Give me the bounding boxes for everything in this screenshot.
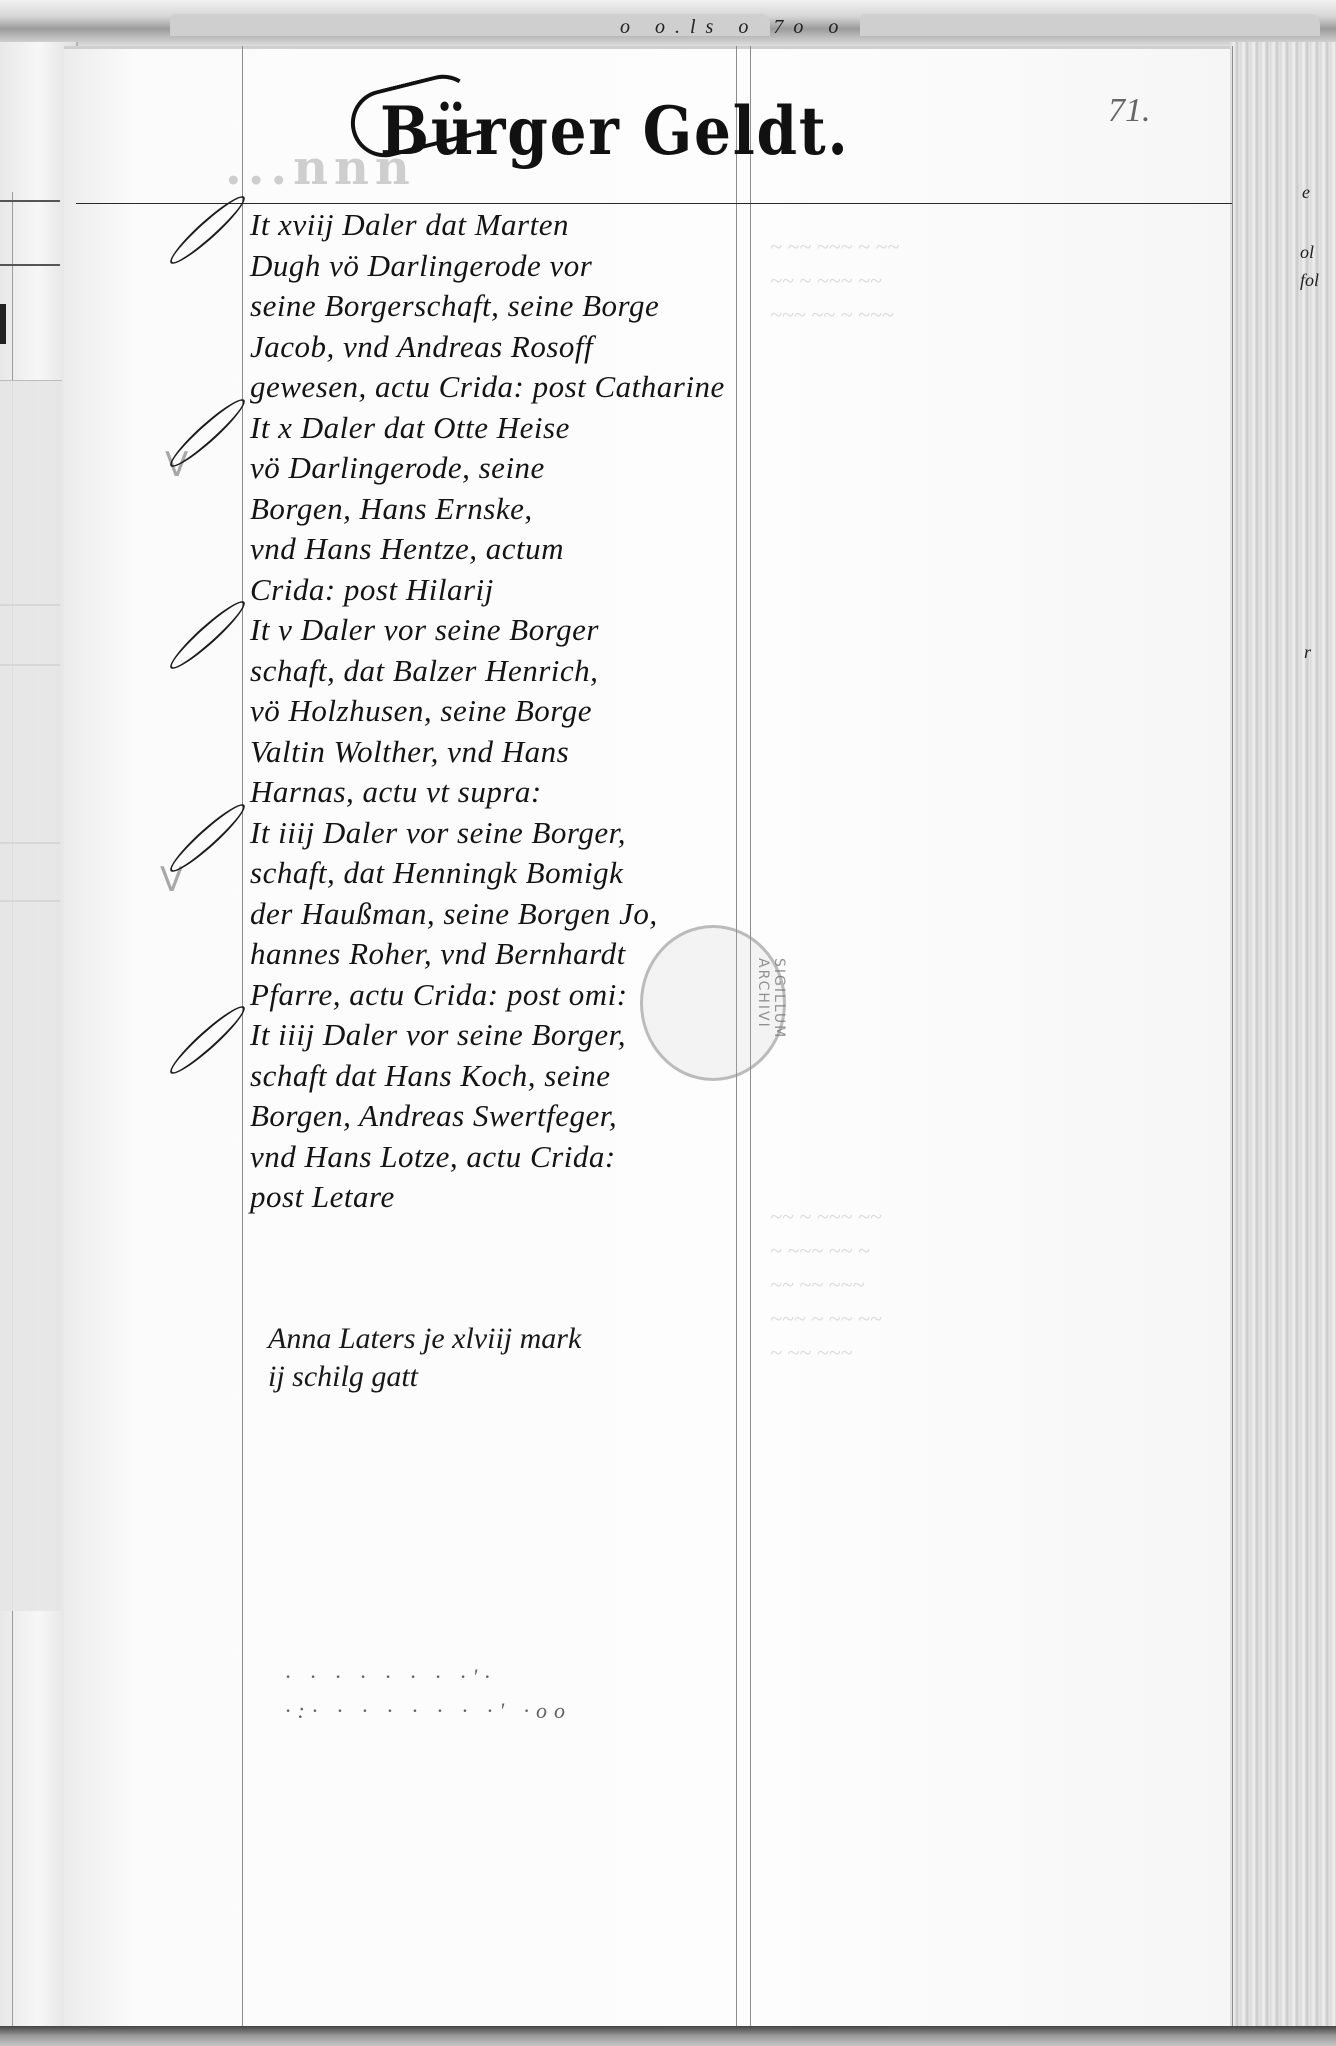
ledger-entry: It iiij Daler vor seine Borger, schaft d… [250,1015,730,1218]
later-note: Anna Laters je xlviij mark ij schilg gat… [268,1320,581,1396]
entry-line: Jacob, vnd Andreas Rosoff [250,327,730,368]
entry-line: gewesen, actu Crida: post Catharine [250,367,730,408]
top-torn-edge: o o.ls o 7o o [0,0,1336,48]
entry-line: schaft, dat Balzer Henrich, [250,651,730,692]
entry-line: vö Holzhusen, seine Borge [250,691,730,732]
edge-fragment: fol [1300,270,1319,291]
entry-line: vnd Hans Lotze, actu Crida: [250,1137,730,1178]
ledger-entry: It iiij Daler vor seine Borger, schaft, … [250,813,730,1016]
previous-page-ink [0,304,6,344]
edge-fragment: r [1304,642,1311,663]
faded-note: · · · · · · · ·'· ·:· · · · · · · ·' ·oo [285,1660,572,1728]
entry-line: vnd Hans Hentze, actum [250,529,730,570]
top-strip-text: o o.ls o 7o o [620,16,848,39]
entry-line: It x Daler dat Otte Heise [250,408,730,449]
torn-paper-scrap [860,14,1320,36]
entry-line: Valtin Wolther, vnd Hans [250,732,730,773]
entry-line: vö Darlingerode, seine [250,448,730,489]
seal-inscription: SIGILLUM ARCHIVI [755,958,787,1078]
ledger-entry: It x Daler dat Otte Heise vö Darlingerod… [250,408,730,611]
note-line: Anna Laters je xlviij mark [268,1320,581,1358]
bleed-through-text: ~~ ~ ~~~ ~~~ ~~~ ~~ ~~~ ~~ ~~~~~~ ~ ~~ ~… [770,1200,882,1370]
previous-page-rule-tick [0,200,60,202]
entry-line: schaft, dat Henningk Bomigk [250,853,730,894]
folio-number: 71. [1108,92,1151,130]
entry-line: schaft dat Hans Koch, seine [250,1056,730,1097]
faded-note-line: · · · · · · · ·'· [285,1660,572,1694]
entry-line: It iiij Daler vor seine Borger, [250,1015,730,1056]
scan-bottom-edge [0,2026,1336,2046]
page-stack-edge: e ol fol r [1230,42,1336,2032]
entry-line: Crida: post Hilarij [250,570,730,611]
note-line: ij schilg gatt [268,1358,581,1396]
entry-line: Harnas, actu vt supra: [250,772,730,813]
inserted-paper-flap [0,380,62,1611]
edge-fragment: ol [1300,242,1314,263]
entry-line: It iiij Daler vor seine Borger, [250,813,730,854]
entry-line: Borgen, Hans Ernske, [250,489,730,530]
previous-page-rule-tick [0,264,60,266]
bleed-through-text: ~ ~~ ~~~ ~ ~~~~ ~ ~~~ ~~~~~ ~~ ~ ~~~ [770,230,899,332]
ledger-entry: It xviij Daler dat Marten Dugh vö Darlin… [250,205,730,408]
heading-underline-rule [76,203,1232,204]
ledger-entry: It v Daler vor seine Borger schaft, dat … [250,610,730,813]
faded-note-line: ·:· · · · · · · ·' ·oo [285,1694,572,1728]
entry-line: post Letare [250,1177,730,1218]
left-margin-rule [242,46,243,2036]
entry-line: hannes Roher, vnd Bernhardt [250,934,730,975]
entry-line: der Haußman, seine Borgen Jo, [250,894,730,935]
right-margin-rule [1232,46,1233,2036]
entry-line: It v Daler vor seine Borger [250,610,730,651]
entry-line: seine Borgerschaft, seine Borge [250,286,730,327]
entry-line: Borgen, Andreas Swertfeger, [250,1096,730,1137]
edge-fragment: e [1302,182,1310,203]
entry-line: It xviij Daler dat Marten [250,205,730,246]
entry-line: Dugh vö Darlingerode vor [250,246,730,287]
ledger-entries: It xviij Daler dat Marten Dugh vö Darlin… [250,205,730,1218]
page-title: Bürger Geldt. [380,92,849,170]
entry-line: Pfarre, actu Crida: post omi: [250,975,730,1016]
